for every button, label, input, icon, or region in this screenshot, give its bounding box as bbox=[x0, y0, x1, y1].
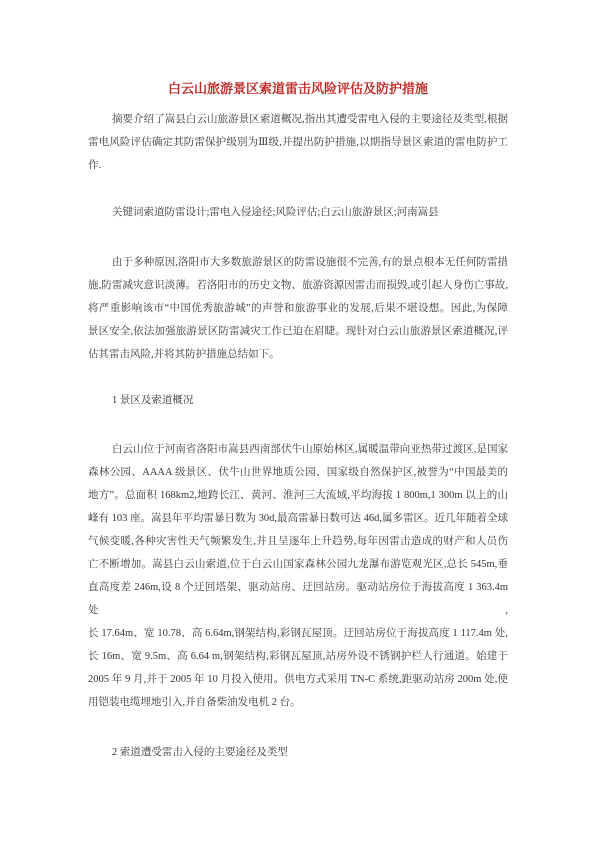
keywords-paragraph: 关键词索道防雷设计;雷电入侵途径;风险评估;白云山旅游景区;河南嵩县 bbox=[88, 201, 508, 224]
document-page: 白云山旅游景区索道雷击风险评估及防护措施 摘要介绍了嵩县白云山旅游景区索道概况,… bbox=[0, 0, 595, 842]
text-line: 施,防雷减灾意识淡薄。若洛阳市的历史文物、旅游资源因雷击而损毁,或引起人身伤亡事… bbox=[88, 274, 508, 297]
text-line: 长 17.64m、宽 10.78、高 6.64m,钢架结构,彩钢瓦屋顶。迂回站房… bbox=[88, 622, 508, 645]
text-line: 直高度差 246m,设 8 个迂回塔架、驱动站房、迂回站房。驱动站房位于海拔高度… bbox=[88, 576, 508, 622]
text-line: 用铠装电缆埋地引入,并自备柴油发电机 2 台。 bbox=[88, 691, 508, 714]
section-1-heading: 1 景区及索道概况 bbox=[88, 389, 508, 412]
text-line: 由于多种原因,洛阳市大多数旅游景区的防雷设施很不完善,有的景点根本无任何防雷措 bbox=[88, 251, 508, 274]
text-line: 2005 年 9 月,并于 2005 年 10 月投入使用。供电方式采用 TN-… bbox=[88, 668, 508, 691]
text-line: 峰有 103 座。嵩县年平均雷暴日数为 30d,最高雷暴日数可达 46d,属多雷… bbox=[88, 507, 508, 530]
text-line: 摘要介绍了嵩县白云山旅游景区索道概况,指出其遭受雷电入侵的主要途径及类型,根据 bbox=[88, 108, 508, 131]
text-line: 将严重影响该市“中国优秀旅游城”的声誉和旅游事业的发展,后果不堪设想。因此,为保… bbox=[88, 297, 508, 320]
text-line: 作. bbox=[88, 154, 508, 177]
text-line: 森林公园、AAAA 级景区、伏牛山世界地质公园、国家级自然保护区,被誉为“中国最… bbox=[88, 461, 508, 484]
section-1-paragraph: 白云山位于河南省洛阳市嵩县西南部伏牛山原始林区,属暖温带向亚热带过渡区,是国家森… bbox=[88, 438, 508, 714]
text-line: 亡不断增加。嵩县白云山索道,位于白云山国家森林公园九龙瀑布游览观光区,总长 54… bbox=[88, 553, 508, 576]
text-line: 气候变暖,各种灾害性天气频繁发生,并且呈逐年上升趋势,每年因雷击造成的财产和人员… bbox=[88, 530, 508, 553]
text-line: 估其雷击风险,并将其防护措施总结如下。 bbox=[88, 343, 508, 366]
text-line: 景区安全,依法加强旅游景区防雷减灾工作已迫在眉睫。现针对白云山旅游景区索道概况,… bbox=[88, 320, 508, 343]
section-2-heading: 2 索道遭受雷击入侵的主要途径及类型 bbox=[88, 741, 508, 764]
document-title: 白云山旅游景区索道雷击风险评估及防护措施 bbox=[88, 80, 508, 97]
intro-paragraph: 由于多种原因,洛阳市大多数旅游景区的防雷设施很不完善,有的景点根本无任何防雷措施… bbox=[88, 251, 508, 366]
text-line: 地方”。总面积 168km2,地跨长江、黄河、淮河三大流域,平均海拔 1 800… bbox=[88, 484, 508, 507]
text-line: 雷电风险评估确定其防雷保护级别为Ⅲ级,并提出防护措施,以期指导景区索道的雷电防护… bbox=[88, 131, 508, 154]
text-line: 白云山位于河南省洛阳市嵩县西南部伏牛山原始林区,属暖温带向亚热带过渡区,是国家 bbox=[88, 438, 508, 461]
text-line: 关键词索道防雷设计;雷电入侵途径;风险评估;白云山旅游景区;河南嵩县 bbox=[88, 201, 508, 224]
abstract-paragraph: 摘要介绍了嵩县白云山旅游景区索道概况,指出其遭受雷电入侵的主要途径及类型,根据雷… bbox=[88, 108, 508, 177]
text-line: 长 16m、宽 9.5m、高 6.64 m,钢架结构,彩钢瓦屋顶,站房外设不锈钢… bbox=[88, 645, 508, 668]
